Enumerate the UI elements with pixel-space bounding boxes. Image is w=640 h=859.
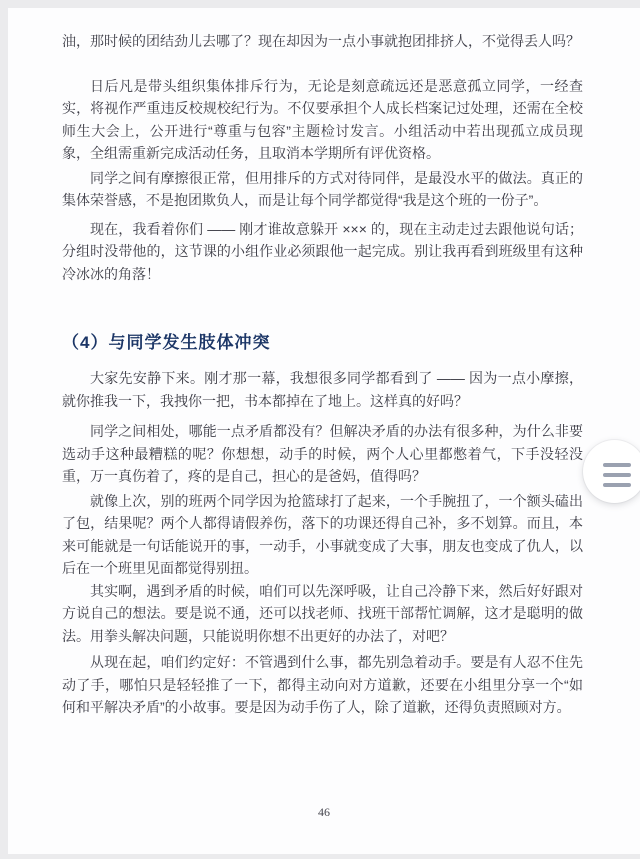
paragraph: 同学之间相处，哪能一点矛盾都没有？但解决矛盾的办法有很多种，为什么非要选动手这种…	[62, 420, 583, 488]
section-heading: （4）与同学发生肢体冲突	[62, 331, 583, 355]
paragraph: 从现在起，咱们约定好：不管遇到什么事，都先别急着动手。要是有人忍不住先动了手，哪…	[62, 651, 583, 719]
paragraph-continuation: 油，那时候的团结劲儿去哪了？现在却因为一点小事就抱团排挤人，不觉得丢人吗？	[62, 30, 583, 53]
page-number: 46	[8, 805, 640, 820]
paragraph: 日后凡是带头组织集体排斥行为，无论是刻意疏远还是恶意孤立同学，一经查实，将视作严…	[62, 75, 583, 165]
paragraph: 就像上次，别的班两个同学因为抢篮球打了起来，一个手腕扭了，一个额头磕出了包，结果…	[62, 490, 583, 580]
paragraph: 现在，我看着你们 —— 刚才谁故意躲开 ××× 的，现在主动走过去跟他说句话；分…	[62, 218, 583, 286]
paragraph: 同学之间有摩擦很正常，但用排斥的方式对待同伴，是最没水平的做法。真正的集体荣誉感…	[62, 167, 583, 212]
paragraph: 大家先安静下来。刚才那一幕，我想很多同学都看到了 —— 因为一点小摩擦，就你推我…	[62, 367, 583, 412]
hamburger-menu-icon	[603, 463, 631, 487]
floating-menu-button[interactable]	[583, 440, 640, 503]
document-page: 油，那时候的团结劲儿去哪了？现在却因为一点小事就抱团排挤人，不觉得丢人吗？ 日后…	[8, 8, 640, 854]
paragraph: 其实啊，遇到矛盾的时候，咱们可以先深呼吸，让自己冷静下来，然后好好跟对方说自己的…	[62, 580, 583, 648]
